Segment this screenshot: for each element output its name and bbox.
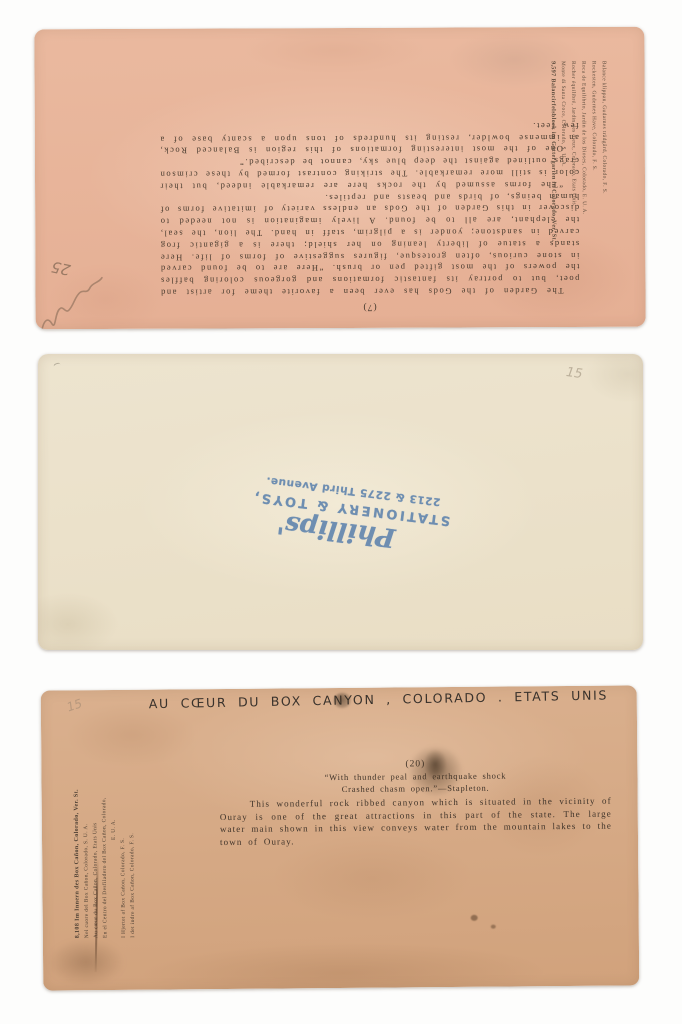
stereocard-middle-blank-with-stamp: Phillips' STATIONERY & TOYS, 2213 & 2275… [38, 354, 643, 650]
dark-stain-core [423, 749, 447, 779]
pencil-number: 15 [565, 365, 583, 382]
card-number: (7) [160, 301, 580, 313]
paragraph: One of the most interesting formations o… [159, 119, 579, 156]
description-paragraph: This wonderful rock ribbed canyon which … [220, 795, 612, 849]
stereocard-bottom-box-canyon: AU CŒUR DU BOX CANYON , COLORADO . ETATS… [41, 685, 640, 990]
caption-line-french: Rocher équilibré, Jardin des dieux, Colo… [568, 61, 579, 301]
scan-background: (7) The Garden of the Gods has ever been… [0, 0, 682, 1024]
multilingual-caption-column: 8,108 Im Innern des Box Cañon, Colorado,… [72, 692, 138, 939]
multilingual-caption-column: 9,597 Balancirfelsblock im Göttergarten … [547, 61, 610, 301]
corner-mark [53, 362, 62, 371]
caption-line-swedish: Balance klippan, Gudarnes trädgård, Colo… [599, 61, 610, 301]
ink-blot [334, 693, 351, 708]
caption-line-swedish: I det indre af Box Cañon, Colorado, F. S… [127, 692, 138, 938]
paragraph: The Garden of the Gods has ever been a f… [159, 190, 579, 298]
paragraph: “The forms assumed by the rocks here are… [159, 154, 579, 191]
spot-stain [471, 915, 478, 921]
handwritten-caption: AU CŒUR DU BOX CANYON , COLORADO . ETATS… [149, 687, 640, 711]
corner-discoloration [47, 938, 125, 987]
pencil-number: 25 [50, 257, 72, 279]
spot-stain [491, 925, 496, 929]
merchant-ink-stamp: Phillips' STATIONERY & TOYS, 2213 & 2275… [227, 440, 476, 561]
stereocard-top-garden-of-gods: (7) The Garden of the Gods has ever been… [34, 27, 645, 330]
printed-text-block: (7) The Garden of the Gods has ever been… [159, 119, 580, 313]
